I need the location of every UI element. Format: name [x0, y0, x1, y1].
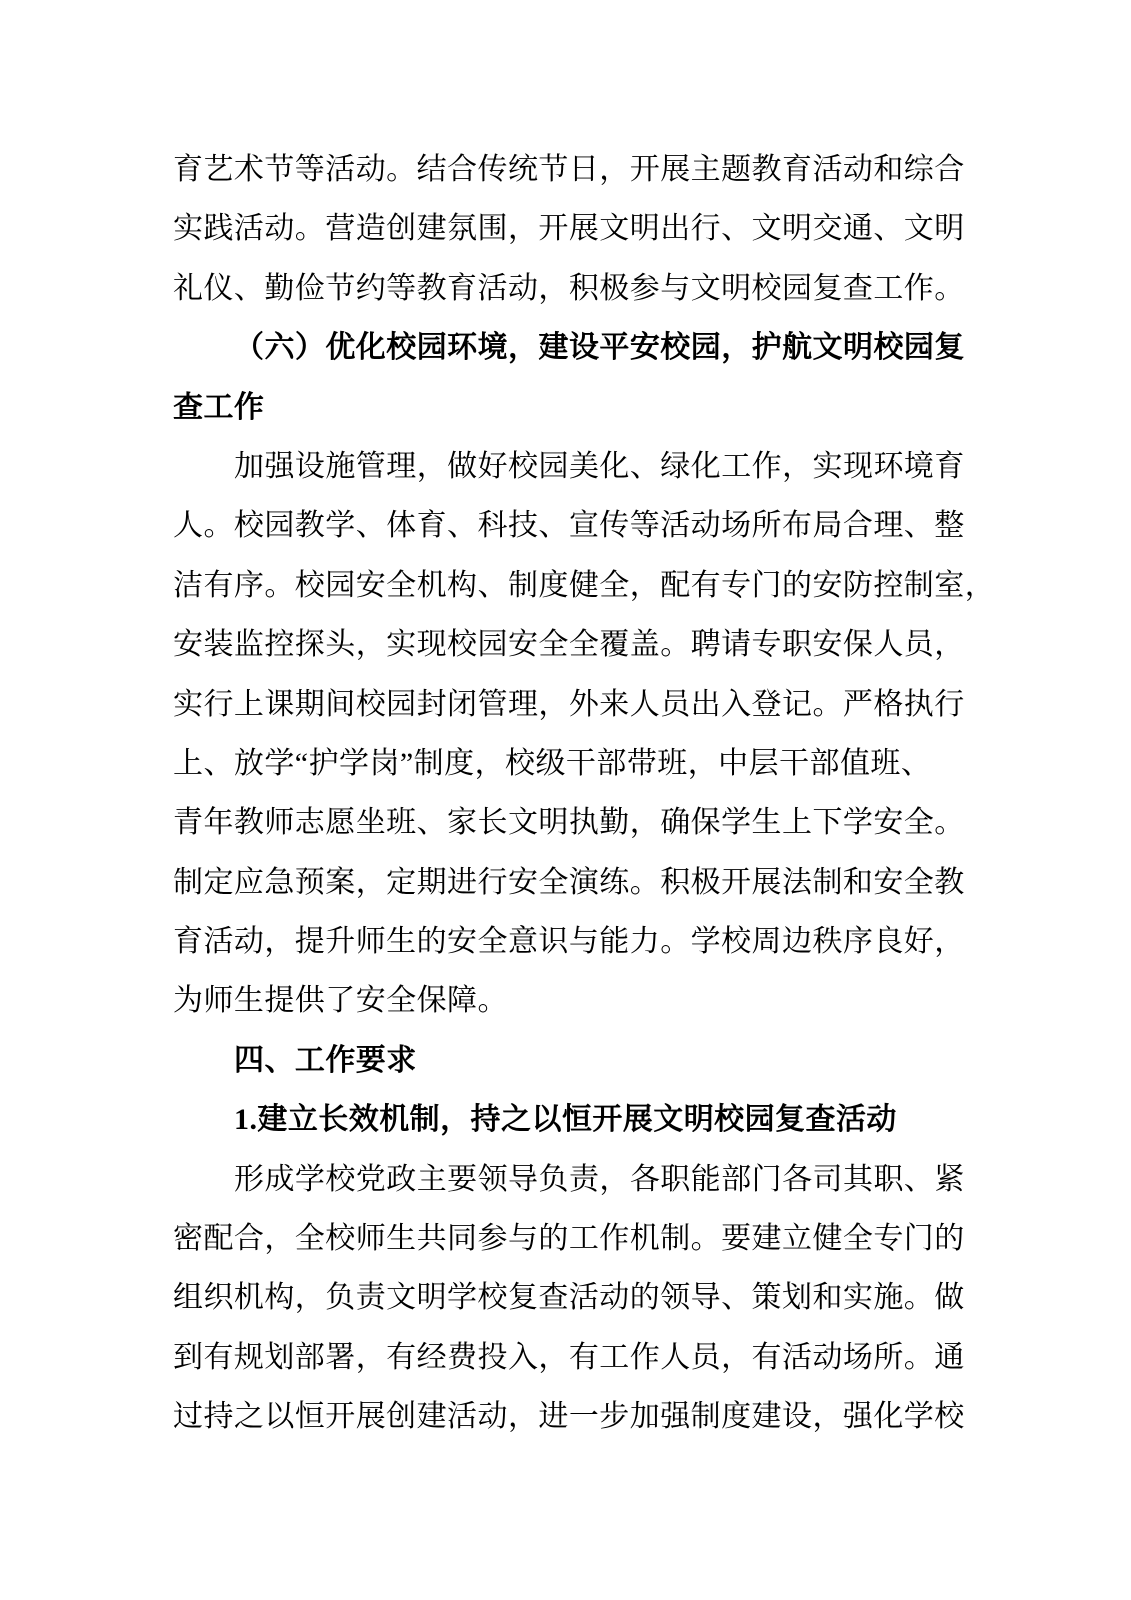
paragraph-line: 过持之以恒开展创建活动，进一步加强制度建设，强化学校	[173, 1387, 1013, 1446]
document-page: 育艺术节等活动。结合传统节日，开展主题教育活动和综合 实践活动。营造创建氛围，开…	[0, 0, 1131, 1600]
paragraph-line: 组织机构，负责文明学校复查活动的领导、策划和实施。做	[173, 1268, 1013, 1327]
section-heading-line: 查工作	[173, 378, 1013, 437]
paragraph-line: 育艺术节等活动。结合传统节日，开展主题教育活动和综合	[173, 140, 1013, 199]
section-heading-line: （六）优化校园环境，建设平安校园，护航文明校园复	[173, 318, 1013, 377]
document-text-block: 育艺术节等活动。结合传统节日，开展主题教育活动和综合 实践活动。营造创建氛围，开…	[173, 140, 1013, 1447]
paragraph-line: 实践活动。营造创建氛围，开展文明出行、文明交通、文明	[173, 199, 1013, 258]
paragraph-line: 礼仪、勤俭节约等教育活动，积极参与文明校园复查工作。	[173, 259, 1013, 318]
paragraph-line: 形成学校党政主要领导负责，各职能部门各司其职、紧	[173, 1150, 1013, 1209]
paragraph-line: 为师生提供了安全保障。	[173, 971, 1013, 1030]
paragraph-line: 到有规划部署，有经费投入，有工作人员，有活动场所。通	[173, 1328, 1013, 1387]
paragraph-line: 人。校园教学、体育、科技、宣传等活动场所布局合理、整	[173, 496, 1013, 555]
chapter-heading-line: 四、工作要求	[173, 1031, 1013, 1090]
paragraph-line: 上、放学“护学岗”制度，校级干部带班，中层干部值班、	[173, 734, 1013, 793]
paragraph-line: 青年教师志愿坐班、家长文明执勤，确保学生上下学安全。	[173, 793, 1013, 852]
paragraph-line: 育活动，提升师生的安全意识与能力。学校周边秩序良好，	[173, 912, 1013, 971]
paragraph-line: 安装监控探头，实现校园安全全覆盖。聘请专职安保人员，	[173, 615, 1013, 674]
paragraph-line: 密配合，全校师生共同参与的工作机制。要建立健全专门的	[173, 1209, 1013, 1268]
paragraph-line: 加强设施管理，做好校园美化、绿化工作，实现环境育	[173, 437, 1013, 496]
paragraph-line: 洁有序。校园安全机构、制度健全，配有专门的安防控制室，	[173, 556, 1013, 615]
subsection-heading-line: 1.建立长效机制，持之以恒开展文明校园复查活动	[173, 1090, 1013, 1149]
paragraph-line: 制定应急预案，定期进行安全演练。积极开展法制和安全教	[173, 853, 1013, 912]
paragraph-line: 实行上课期间校园封闭管理，外来人员出入登记。严格执行	[173, 675, 1013, 734]
